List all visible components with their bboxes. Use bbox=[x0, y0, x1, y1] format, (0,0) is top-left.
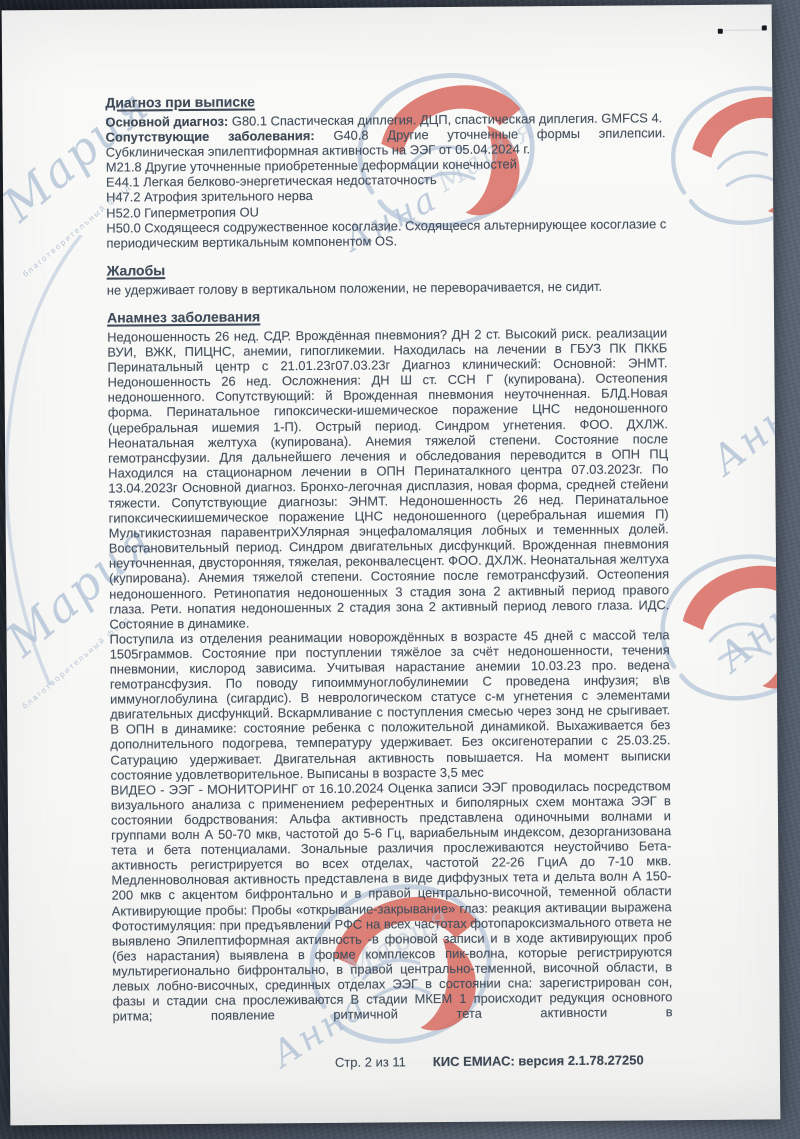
complaints-text: не удерживает голову в вертикальном поло… bbox=[107, 278, 667, 297]
page-footer: Стр. 2 из 11 КИС ЕМИАС: версия 2.1.78.27… bbox=[335, 1052, 644, 1069]
icd-line: H50.0 Сходящееся содружественное косогла… bbox=[106, 216, 666, 251]
document-page: Мария Анна Мария благотворительный фонд … bbox=[2, 4, 781, 1125]
anamnesis-paragraph: ВИДЕО - ЭЭГ - МОНИТОРИНГ от 16.10.2024 О… bbox=[111, 778, 673, 1024]
section-anamnesis: Анамнез заболевания Недоношенность 26 не… bbox=[107, 304, 673, 1024]
comorbid-diagnosis-line: Сопутствующие заболевания: G40.8 Другие … bbox=[106, 125, 666, 160]
discharge-diagnosis-heading: Диагноз при выписке bbox=[105, 89, 665, 112]
complaints-heading: Жалобы bbox=[107, 257, 667, 280]
emias-version: КИС ЕМИАС: версия 2.1.78.27250 bbox=[433, 1052, 644, 1069]
anamnesis-paragraph: Недоношенность 26 нед. СДР. Врождённая п… bbox=[107, 325, 669, 631]
section-diagnosis: Диагноз при выписке Основной диагноз: G8… bbox=[105, 89, 666, 250]
section-complaints: Жалобы не удерживает голову в вертикальн… bbox=[107, 257, 667, 297]
main-diagnosis-label: Основной диагноз: bbox=[105, 114, 228, 130]
page-number: Стр. 2 из 11 bbox=[335, 1054, 406, 1070]
comorbid-diagnosis-label: Сопутствующие заболевания: bbox=[106, 128, 315, 145]
anamnesis-paragraph: Поступила из отделения реанимации новоро… bbox=[110, 627, 671, 782]
document-body: Диагноз при выписке Основной диагноз: G8… bbox=[2, 4, 780, 1035]
photo-background: { "document": { "diagnosis": { "heading"… bbox=[0, 0, 800, 1139]
anamnesis-heading: Анамнез заболевания bbox=[107, 304, 667, 327]
